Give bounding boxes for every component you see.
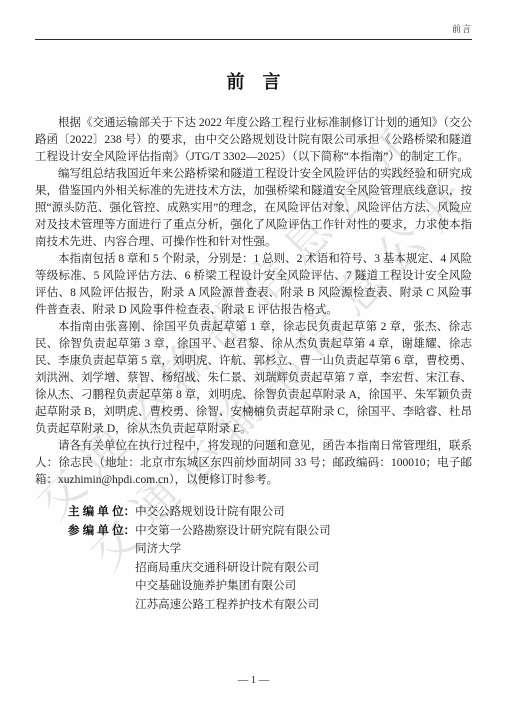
paragraph-chapter-authors: 本指南由张喜刚、徐国平负责起草第 1 章，徐志民负责起草第 2 章，张杰、徐志民… bbox=[35, 319, 472, 438]
page-title: 前 言 bbox=[35, 68, 472, 94]
preface-body: 根据《交通运输部关于下达 2022 年度公路工程行业标准制修订计划的通知》（交公… bbox=[35, 115, 472, 489]
header-rule bbox=[35, 39, 472, 40]
co-editor-row: 参 编 单 位： 中交第一公路勘察设计研究院有限公司 同济大学 招商局重庆交通科… bbox=[68, 522, 472, 615]
co-editor-unit: 招商局重庆交通科研设计院有限公司 bbox=[135, 559, 472, 578]
co-editor-values: 中交第一公路勘察设计研究院有限公司 同济大学 招商局重庆交通科研设计院有限公司 … bbox=[135, 522, 472, 615]
co-editor-unit: 江苏高速公路工程养护技术有限公司 bbox=[135, 596, 472, 615]
chief-editor-label: 主 编 单 位： bbox=[68, 503, 135, 522]
paragraph-contents: 本指南包括 8 章和 5 个附录，分别是：1 总则、2 术语和符号、3 基本规定… bbox=[35, 251, 472, 319]
chief-editor-value: 中交公路规划设计院有限公司 bbox=[135, 503, 472, 522]
paragraph-drafting-principles: 编写组总结我国近年来公路桥梁和隧道工程设计安全风险评估的实践经验和研究成果，借鉴… bbox=[35, 166, 472, 251]
editor-units: 主 编 单 位： 中交公路规划设计院有限公司 参 编 单 位： 中交第一公路勘察… bbox=[68, 503, 472, 615]
paragraph-basis: 根据《交通运输部关于下达 2022 年度公路工程行业标准制修订计划的通知》（交公… bbox=[35, 115, 472, 166]
paragraph-feedback-contact: 请各有关单位在执行过程中，将发现的问题和意见，函告本指南日常管理组，联系人：徐志… bbox=[35, 438, 472, 489]
chief-editor-row: 主 编 单 位： 中交公路规划设计院有限公司 bbox=[68, 503, 472, 522]
page-number: — 1 — bbox=[0, 675, 507, 686]
running-header: 前言 bbox=[35, 22, 472, 35]
document-page: 交通运输部信息公开 交通运输部信息公开 前言 前 言 根据《交通运输部关于下达 … bbox=[0, 0, 507, 702]
co-editor-unit: 中交基础设施养护集团有限公司 bbox=[135, 577, 472, 596]
co-editor-unit: 同济大学 bbox=[135, 540, 472, 559]
co-editor-label: 参 编 单 位： bbox=[68, 522, 135, 615]
co-editor-unit: 中交第一公路勘察设计研究院有限公司 bbox=[135, 522, 472, 541]
